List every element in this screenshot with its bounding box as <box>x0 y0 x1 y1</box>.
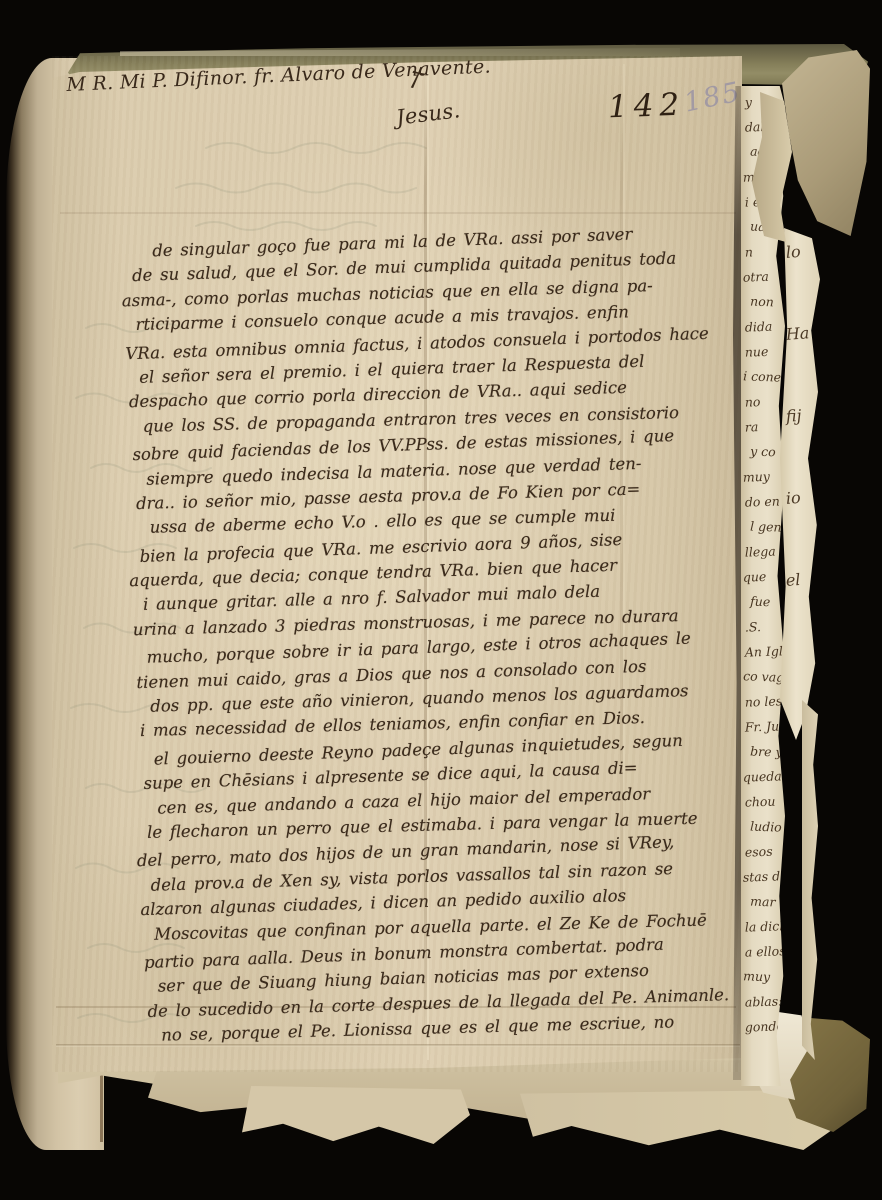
margin-fragment: muy <box>741 968 786 995</box>
under-sheet <box>242 1086 470 1144</box>
margin-fragment: ablas: <box>741 993 786 1020</box>
margin-fragment: Fr. Juan <box>741 718 786 745</box>
margin-fragment: nue <box>741 343 786 370</box>
margin-fragment: An Igle <box>741 643 786 670</box>
margin-fragment: no les <box>741 693 786 720</box>
margin-fragment: mar <box>741 893 786 920</box>
margin-fragment: otra <box>741 268 786 295</box>
margin-fragment: ludio <box>741 818 786 845</box>
margin-fragment: stas de <box>741 868 786 895</box>
margin-fragment: do en <box>741 493 786 520</box>
fold-crease <box>60 212 736 214</box>
margin-fragment: dida <box>741 318 786 345</box>
margin-fragment: i conen <box>741 368 786 395</box>
margin-fragment: chou <box>741 793 786 820</box>
margin-fragment: fue <box>741 593 786 620</box>
margin-fragment: io <box>777 487 823 572</box>
margin-fragment: muy <box>741 468 786 495</box>
margin-fragment: ra <box>741 418 786 445</box>
margin-fragment: el <box>777 569 823 654</box>
margin-fragment: y co <box>741 443 786 470</box>
margin-fragment: quedan <box>741 768 786 795</box>
margin-fragment: la dichos <box>741 918 786 945</box>
margin-fragment: fij <box>777 405 823 490</box>
margin-fragment: co vaga <box>741 668 786 695</box>
margin-fragment: n <box>741 243 786 270</box>
manuscript-photo: M R. Mi P. Difinor. fr. Alvaro de Venave… <box>0 0 882 1200</box>
margin-fragment: non <box>741 293 786 320</box>
margin-fragment: no <box>741 393 786 420</box>
torn-paper-sliver <box>802 700 818 1060</box>
margin-fragment: l gen <box>741 518 786 545</box>
letter-body: de singular goço fue para mi la de VRa. … <box>118 222 779 1054</box>
margin-fragment: lo <box>777 241 823 326</box>
margin-fragment: llega <box>741 543 786 570</box>
margin-fragment: bre y <box>741 743 786 770</box>
margin-fragment: que <box>741 568 786 595</box>
margin-fragment: esos <box>741 843 786 870</box>
torn-corner-piece <box>782 50 870 236</box>
folio-number-ink: 142 <box>607 87 685 126</box>
torn-strip-outer: loHafijioel <box>780 228 820 740</box>
margin-fragment: a ellos <box>741 943 786 970</box>
margin-fragment: .S. <box>741 618 786 645</box>
